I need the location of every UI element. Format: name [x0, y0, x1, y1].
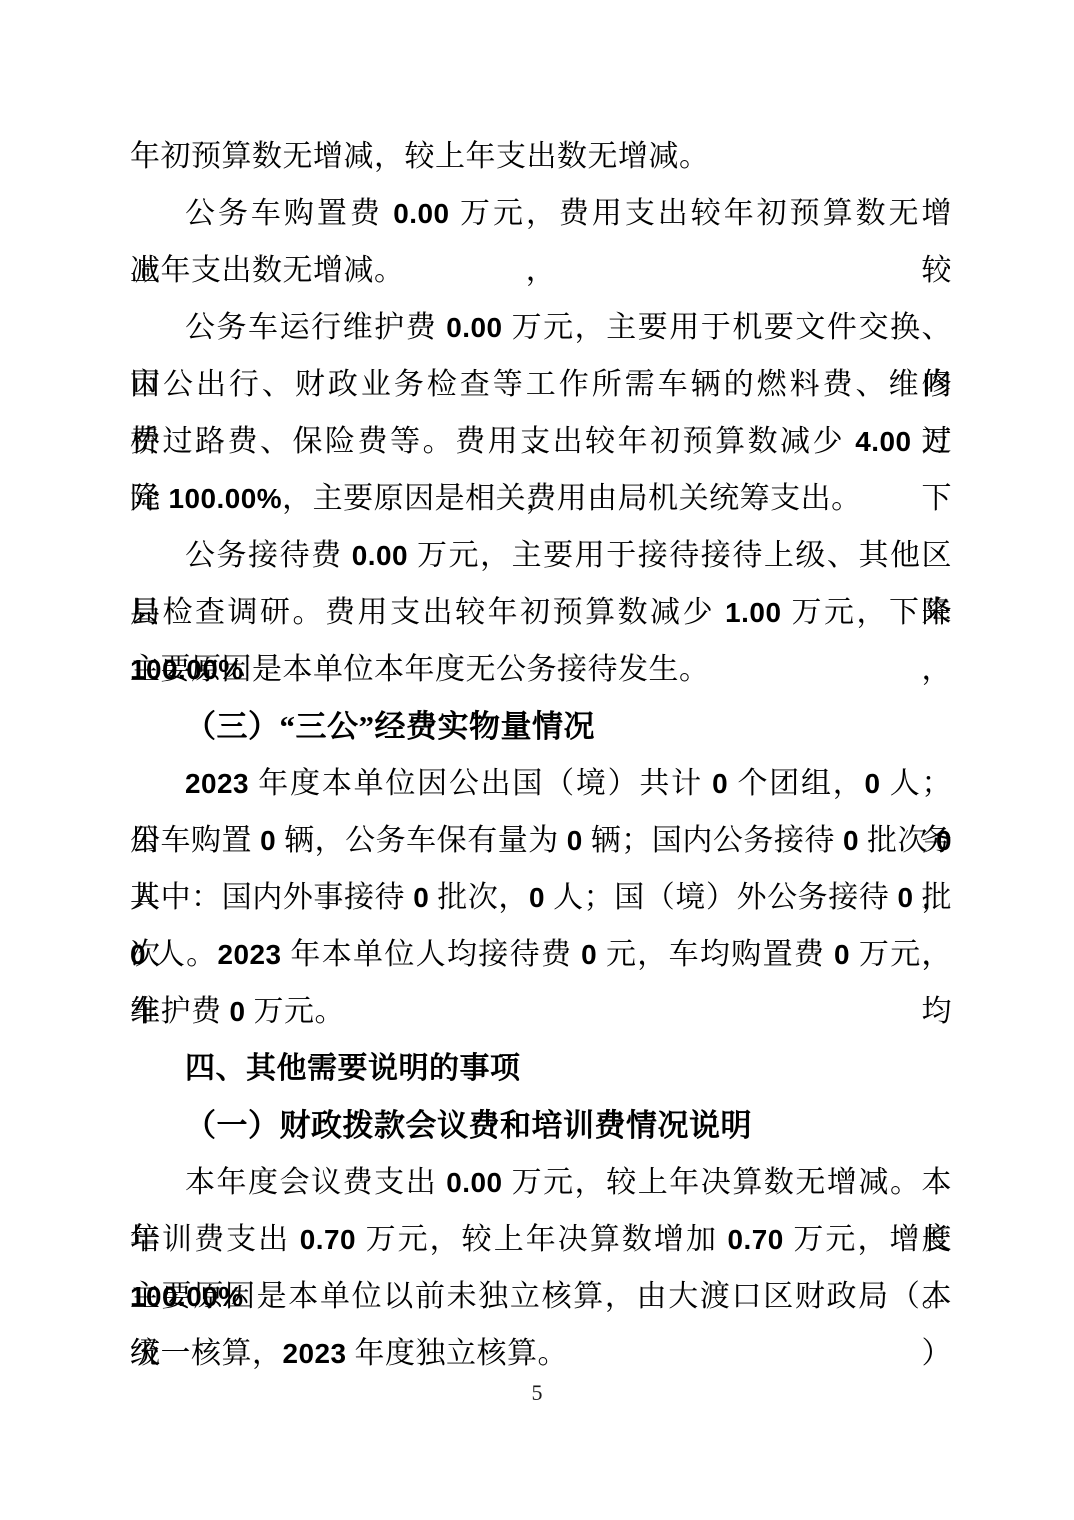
numeric-value: 0.00 — [446, 1167, 502, 1198]
text-segment: 批次， — [429, 881, 529, 914]
text-segment: 万元，下降 — [781, 596, 952, 629]
text-line: 公务车运行维护费 0.00 万元，主要用于机要文件交换、市内 — [130, 299, 952, 356]
text-line: 主要原因是本单位以前未独立核算，由大渡口区财政局（本级） — [130, 1268, 952, 1325]
numeric-value: 0 — [581, 939, 597, 970]
numeric-value: 0 — [413, 882, 429, 913]
numeric-value: 0 — [230, 996, 246, 1027]
numeric-value: 0.70 — [728, 1224, 784, 1255]
text-segment: 上年支出数无增减。 — [130, 254, 405, 287]
text-segment: ，主要原因是相关费用由局机关统筹支出。 — [282, 482, 862, 515]
text-segment: 人；国（境）外公务接待 — [545, 881, 897, 914]
text-line: 其中：国内外事接待 0 批次，0 人；国（境）外公务接待 0 批次， — [130, 869, 952, 926]
text-segment: 年度独立核算。 — [347, 1337, 569, 1370]
numeric-value: 2023 — [185, 768, 249, 799]
section-heading: （三）“三公”经费实物量情况 — [130, 698, 952, 755]
numeric-value: 0 — [834, 939, 850, 970]
text-line: 桥过路费、保险费等。费用支出较年初预算数减少 4.00 万元，下 — [130, 413, 952, 470]
text-segment: 年初预算数无增减，较上年支出数无增减。 — [130, 140, 710, 173]
numeric-value: 0 — [260, 825, 276, 856]
numeric-value: 1.00 — [725, 597, 781, 628]
text-segment: 统一核算， — [130, 1337, 283, 1370]
text-segment: 万元，增长 — [784, 1223, 952, 1256]
text-segment: 局检查调研。费用支出较年初预算数减少 — [130, 596, 725, 629]
numeric-value: 0.00 — [393, 198, 449, 229]
text-line: 局检查调研。费用支出较年初预算数减少 1.00 万元，下降 100.00%， — [130, 584, 952, 641]
text-line: 培训费支出 0.70 万元，较上年决算数增加 0.70 万元，增长 100.00… — [130, 1211, 952, 1268]
text-segment: 辆，公务车保有量为 — [276, 824, 567, 857]
text-segment: 批次 — [859, 824, 936, 857]
text-segment: 公务接待费 — [185, 539, 352, 572]
text-segment: 降 — [130, 482, 169, 515]
text-segment: 年度本单位因公出国（境）共计 — [249, 767, 712, 800]
text-line: 年初预算数无增减，较上年支出数无增减。 — [130, 128, 952, 185]
text-line: 因公出行、财政业务检查等工作所需车辆的燃料费、维修费、过 — [130, 356, 952, 413]
numeric-value: 2023 — [218, 939, 282, 970]
text-segment: 主要原因是本单位本年度无公务接待发生。 — [130, 653, 710, 686]
numeric-value: 2023 — [283, 1338, 347, 1369]
text-line: 2023 年度本单位因公出国（境）共计 0 个团组，0 人；公务 — [130, 755, 952, 812]
numeric-value: 0 — [130, 939, 146, 970]
numeric-value: 0 — [936, 825, 952, 856]
text-segment: 用车购置 — [130, 824, 260, 857]
text-line: 0 人。2023 年本单位人均接待费 0 元，车均购置费 0 万元，车均 — [130, 926, 952, 983]
text-segment: 万元。 — [246, 995, 346, 1028]
text-segment: 维护费 — [130, 995, 230, 1028]
numeric-value: 0.00 — [352, 540, 408, 571]
text-segment: 年本单位人均接待费 — [282, 938, 582, 971]
text-line: 公务车购置费 0.00 万元，费用支出较年初预算数无增减，较 — [130, 185, 952, 242]
numeric-value: 4.00 — [855, 426, 911, 457]
numeric-value: 0 — [712, 768, 728, 799]
text-segment: 公务车购置费 — [185, 197, 393, 230]
document-body: 年初预算数无增减，较上年支出数无增减。公务车购置费 0.00 万元，费用支出较年… — [130, 128, 952, 1382]
text-segment: 公务车运行维护费 — [185, 311, 446, 344]
chapter-heading: 四、其他需要说明的事项 — [130, 1040, 952, 1097]
text-line: 本年度会议费支出 0.00 万元，较上年决算数无增减。本年度 — [130, 1154, 952, 1211]
page-number: 5 — [532, 1380, 543, 1405]
text-segment: 本年度会议费支出 — [185, 1166, 446, 1199]
numeric-value: 100.00% — [169, 483, 283, 514]
text-segment: 桥过路费、保险费等。费用支出较年初预算数减少 — [130, 425, 855, 458]
text-line: 公务接待费 0.00 万元，主要用于接待接待上级、其他区县来 — [130, 527, 952, 584]
text-segment: 人。 — [146, 938, 217, 971]
text-segment: 四、其他需要说明的事项 — [185, 1052, 521, 1085]
numeric-value: 0 — [567, 825, 583, 856]
text-segment: 元，车均购置费 — [597, 938, 834, 971]
text-segment: 个团组， — [728, 767, 864, 800]
document-page: 年初预算数无增减，较上年支出数无增减。公务车购置费 0.00 万元，费用支出较年… — [0, 0, 1074, 1520]
numeric-value: 0 — [864, 768, 880, 799]
page-footer: 5 — [0, 1380, 1074, 1406]
text-segment: 万元，较上年决算数增加 — [356, 1223, 728, 1256]
numeric-value: 0.00 — [446, 312, 502, 343]
text-line: 用车购置 0 辆，公务车保有量为 0 辆；国内公务接待 0 批次 0 人， — [130, 812, 952, 869]
text-segment: 培训费支出 — [130, 1223, 300, 1256]
text-segment: （三）“三公”经费实物量情况 — [185, 709, 595, 744]
numeric-value: 0.70 — [300, 1224, 356, 1255]
section-heading: （一）财政拨款会议费和培训费情况说明 — [130, 1097, 952, 1154]
text-segment: （一）财政拨款会议费和培训费情况说明 — [185, 1108, 752, 1143]
text-segment: 辆；国内公务接待 — [583, 824, 843, 857]
text-line: 降 100.00%，主要原因是相关费用由局机关统筹支出。 — [130, 470, 952, 527]
text-segment: 其中：国内外事接待 — [130, 881, 413, 914]
numeric-value: 0 — [897, 882, 913, 913]
numeric-value: 0 — [843, 825, 859, 856]
numeric-value: 0 — [529, 882, 545, 913]
